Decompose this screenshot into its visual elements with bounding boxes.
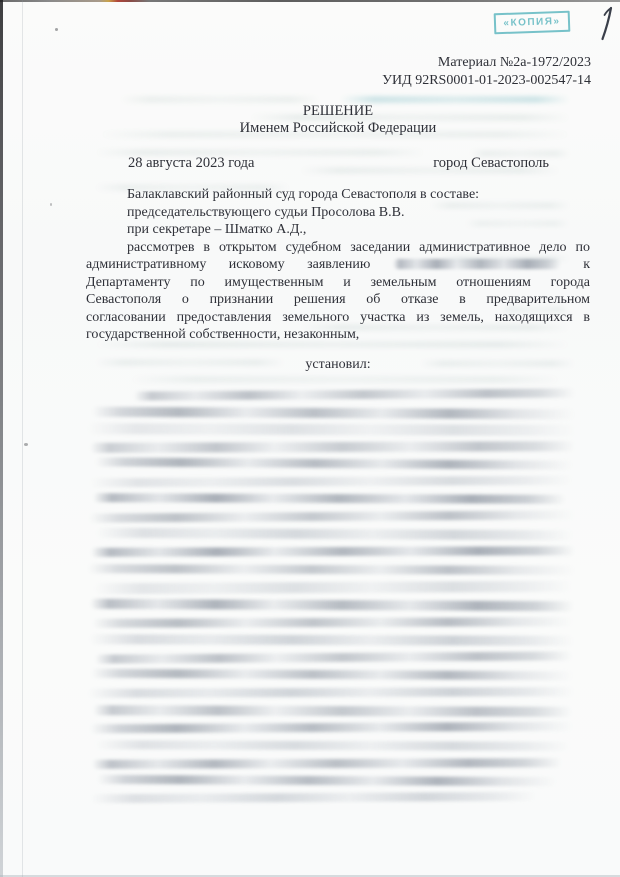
redacted-text-line (92, 407, 575, 420)
redacted-text-line (92, 617, 573, 628)
redacted-text-line (91, 669, 573, 681)
redacted-text-line (94, 581, 572, 595)
body-line-part: к (583, 257, 590, 272)
redacted-text-line (92, 758, 562, 769)
redacted-text-line (90, 599, 574, 612)
redacted-text-line (93, 705, 572, 717)
title-block: РЕШЕНИЕ Именем Российской Федерации (86, 103, 590, 137)
handwritten-page-number-icon (592, 4, 616, 42)
document-subtitle: Именем Российской Федерации (86, 120, 590, 137)
redacted-text-line (88, 423, 575, 436)
document-title: РЕШЕНИЕ (86, 103, 590, 120)
decision-date: 28 августа 2023 года (128, 155, 254, 172)
redacted-text-line (95, 457, 573, 469)
decision-body: Балаклавский районный суд города Севасто… (86, 186, 590, 344)
scan-speck (50, 203, 52, 206)
redacted-text-line (95, 740, 571, 751)
body-line-with-redaction: административному исковому заявлению к (86, 256, 590, 274)
scan-left-edge (0, 0, 3, 877)
redacted-text-line (134, 388, 575, 400)
bleedthrough-text-line (130, 376, 560, 383)
redacted-text-line (89, 510, 575, 522)
redacted-text-line (95, 651, 572, 663)
redacted-text-line (90, 441, 575, 453)
body-line-part: административному исковому заявлению (86, 257, 370, 272)
date-city-row: 28 августа 2023 года город Севастополь (86, 155, 590, 172)
body-line: Севастополя о признании решения об отказ… (86, 291, 590, 309)
redacted-text-line (88, 564, 575, 575)
secretary-line: при секретаре – Шматко А.Д., (86, 221, 590, 239)
redacted-text-line (96, 528, 573, 540)
redacted-text-line (90, 792, 537, 803)
body-line: рассмотрев в открытом судебном заседании… (86, 239, 590, 257)
redacted-text-line (88, 687, 574, 698)
bleedthrough-text-line (120, 96, 320, 103)
case-header: Материал №2а-1972/2023 УИД 92RS0001-01-2… (382, 54, 591, 90)
redacted-text-line (90, 476, 573, 488)
bleedthrough-text-line (340, 96, 570, 103)
body-line: Департаменту по имущественным и земельны… (86, 274, 590, 292)
redacted-text-line (97, 775, 557, 786)
redacted-text-line (89, 634, 574, 646)
copy-stamp: «КОПИЯ» (494, 11, 571, 35)
decision-city: город Севастополь (433, 155, 549, 172)
scan-speck (24, 443, 28, 446)
scan-speck (55, 28, 58, 31)
case-number: Материал №2а-1972/2023 (382, 54, 591, 72)
scan-top-edge (0, 0, 620, 2)
court-composition-line: Балаклавский районный суд города Севасто… (86, 186, 590, 204)
redacted-text-line (90, 722, 573, 734)
copy-stamp-label: «КОПИЯ» (503, 16, 560, 29)
body-line: согласовании предоставления земельного у… (86, 309, 590, 327)
body-line: государственной собственности, незаконны… (86, 326, 590, 344)
ustanovil-heading: установил: (86, 357, 590, 373)
case-uid: УИД 92RS0001-01-2023-002547-14 (382, 72, 591, 90)
scanned-court-decision-page: «КОПИЯ» Материал №2а-1972/2023 УИД 92RS0… (0, 0, 620, 877)
paper-crease (22, 0, 23, 877)
judge-line: председательствующего судьи Просолова В.… (86, 204, 590, 222)
redacted-text-line (93, 493, 566, 504)
redacted-text-line (91, 546, 575, 557)
redacted-applicant-name (393, 259, 561, 269)
